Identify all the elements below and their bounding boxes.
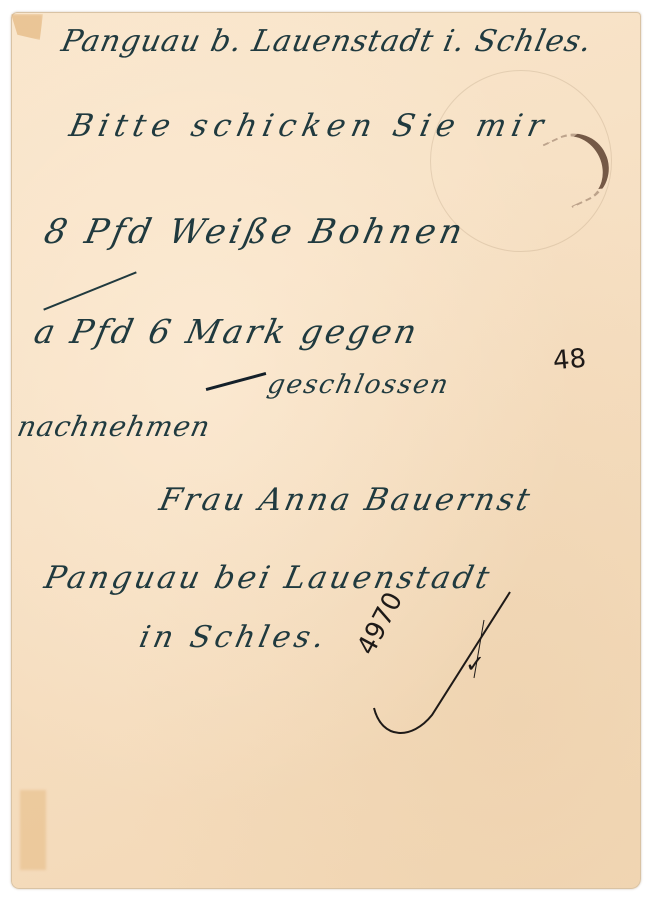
pencil-annotation-48: 48	[552, 344, 588, 377]
handwritten-line-recipient: Frau Anna Bauernst	[156, 482, 536, 518]
handwritten-line-item: 8 Pfd Weiße Bohnen	[41, 212, 470, 252]
paper-stain-bottom-left	[20, 790, 46, 870]
handwritten-line-price: a Pfd 6 Mark gegen	[31, 312, 423, 351]
handwritten-line-request: Bitte schicken Sie mir	[66, 108, 552, 144]
handwritten-line-price-continued: geschlossen	[265, 370, 453, 400]
pencil-swoosh-stroke	[372, 590, 512, 740]
handwritten-line-sender-place: Panguau b. Lauenstadt i. Schles.	[58, 24, 595, 59]
handwritten-line-payment: nachnehmen	[14, 410, 213, 443]
check-mark-icon: ✓	[465, 650, 485, 678]
handwritten-line-recipient-region: in Schles.	[136, 620, 331, 655]
